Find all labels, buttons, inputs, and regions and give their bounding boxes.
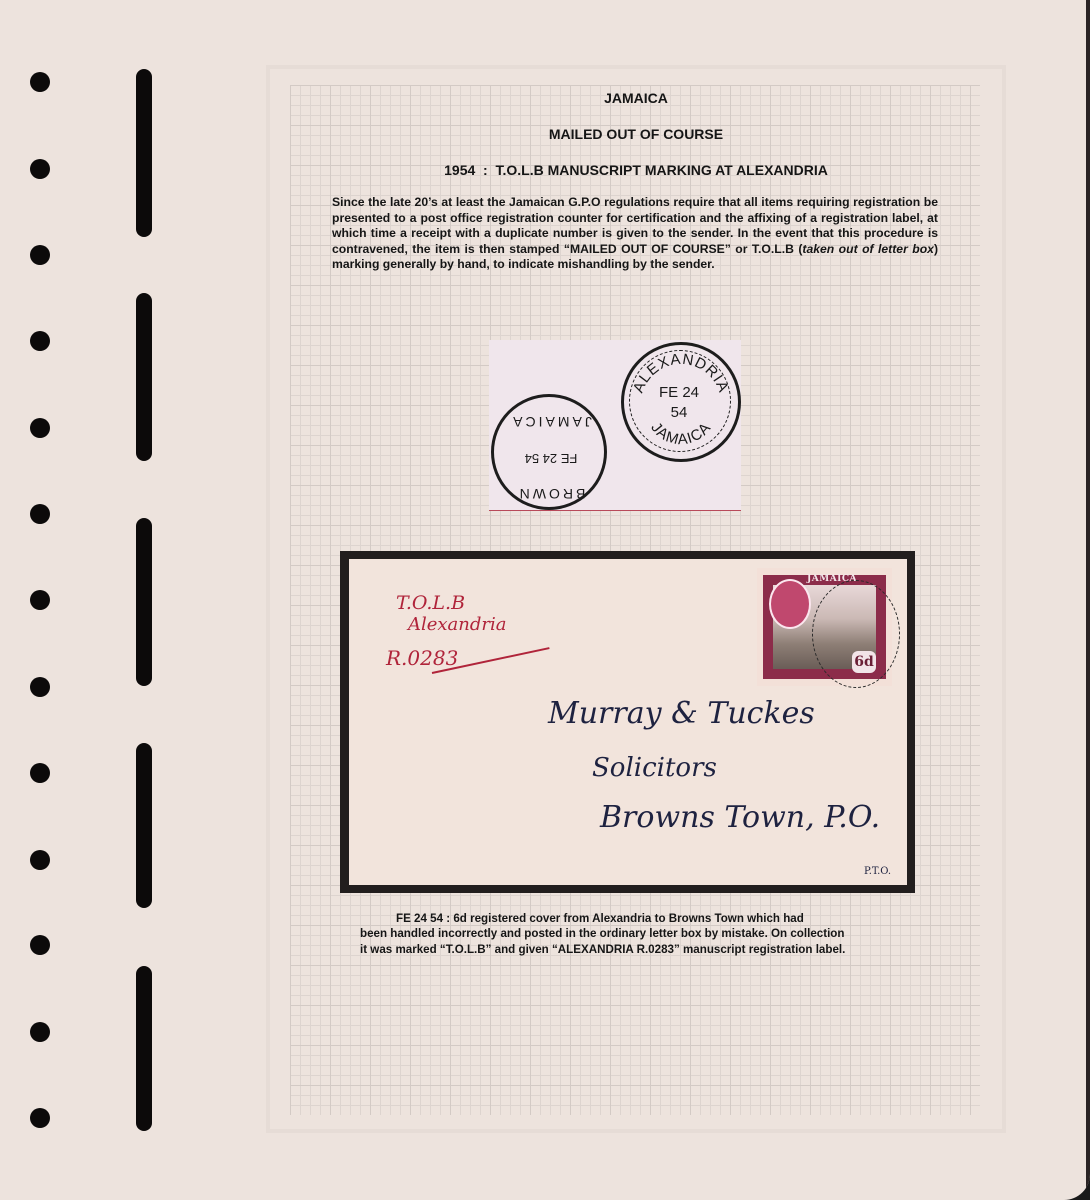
address-line-2: Solicitors [592,753,717,783]
punch-hole [30,418,50,438]
intro-paragraph: Since the late 20’s at least the Jamaica… [332,195,938,273]
album-page: JAMAICA MAILED OUT OF COURSE 1954 : T.O.… [0,0,1090,1200]
postmark-piece: BROWN FE 24 54 JAMAICA ALEXANDRIA JAMAIC… [489,340,741,511]
address-line-1: Murray & Tuckes [548,696,815,731]
punch-hole [30,590,50,610]
punch-hole [30,245,50,265]
page-title: 1954 : T.O.L.B MANUSCRIPT MARKING AT ALE… [266,162,1006,178]
binder-slot [136,743,152,908]
browns-town-postmark: BROWN FE 24 54 JAMAICA [489,392,609,512]
tolb-manuscript: T.O.L.B [396,592,465,614]
punch-hole [30,504,50,524]
registration-number-manuscript: R.0283 [386,646,458,670]
country-heading: JAMAICA [266,90,1006,106]
alexandria-postmark: ALEXANDRIA JAMAICA FE 24 54 [621,342,741,462]
subject-heading: MAILED OUT OF COURSE [266,126,1006,142]
punch-hole [30,331,50,351]
address-line-3: Browns Town, P.O. [600,800,880,835]
binder-slot [136,69,152,237]
binder-slot [136,966,152,1131]
punch-hole [30,763,50,783]
binder-slot [136,518,152,686]
punch-hole [30,1022,50,1042]
page-edge [1086,0,1090,1200]
punch-hole [30,935,50,955]
cover-caption: FE 24 54 : 6d registered cover from Alex… [360,911,910,957]
punch-hole [30,677,50,697]
king-portrait [769,579,811,629]
svg-text:JAMAICA: JAMAICA [647,419,714,448]
postmark-arc-text: ALEXANDRIA JAMAICA [621,342,741,462]
punch-hole [30,1108,50,1128]
alexandria-manuscript: Alexandria [408,614,507,635]
punch-hole [30,72,50,92]
pto-note: P.T.O. [864,866,891,877]
punch-hole [30,159,50,179]
stamp-cancellation [812,580,900,688]
punch-hole [30,850,50,870]
binder-slot [136,293,152,461]
